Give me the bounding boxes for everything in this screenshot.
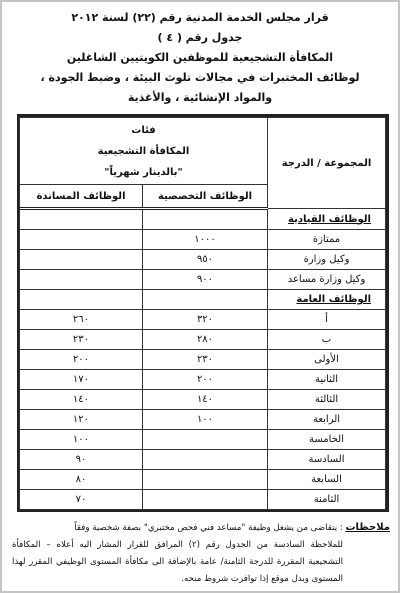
support-cell bbox=[19, 270, 142, 290]
support-cell bbox=[19, 230, 142, 250]
table-row: ممتازة ١٠٠٠ bbox=[19, 230, 385, 250]
specialized-cell: ٢٣٠ bbox=[143, 350, 268, 370]
grade-cell: الخامسة bbox=[268, 430, 386, 450]
table-row: الأولى ٢٣٠ ٢٠٠ bbox=[19, 350, 385, 370]
support-cell: ٢٣٠ bbox=[19, 330, 142, 350]
grade-cell: الرابعة bbox=[268, 410, 386, 430]
header-reward-categories: فئات المكافأة التشجيعية "بالدينار شهرياً… bbox=[19, 118, 267, 185]
section-row-general: الوظائف العامة bbox=[19, 290, 385, 310]
grade-cell: وكيل وزارة bbox=[268, 250, 386, 270]
grade-cell: الثالثة bbox=[268, 390, 386, 410]
header-specialized-jobs: الوظائف التخصصية bbox=[143, 185, 268, 209]
section-title: الوظائف العامة bbox=[268, 290, 386, 310]
grade-cell: الثامنة bbox=[268, 490, 386, 510]
support-cell: ١٤٠ bbox=[19, 390, 142, 410]
section-title: الوظائف القيادية bbox=[268, 209, 386, 230]
table-row: وكيل وزارة مساعد ٩٠٠ bbox=[19, 270, 385, 290]
table-number-title: جدول رقم ( ٤ ) bbox=[2, 28, 398, 48]
support-cell: ٧٠ bbox=[19, 490, 142, 510]
specialized-cell bbox=[143, 450, 268, 470]
support-cell: ٢٠٠ bbox=[19, 350, 142, 370]
subject-title-line1: المكافأة التشجيعية للموظفين الكويتيين ال… bbox=[2, 48, 398, 68]
table-row: الثامنة ٧٠ bbox=[19, 490, 385, 510]
specialized-cell: ١٤٠ bbox=[143, 390, 268, 410]
grade-cell: الثانية bbox=[268, 370, 386, 390]
grade-cell: السادسة bbox=[268, 450, 386, 470]
table-row: السابعة ٨٠ bbox=[19, 470, 385, 490]
table-row: الثالثة ١٤٠ ١٤٠ bbox=[19, 390, 385, 410]
header-categories-line2: المكافأة التشجيعية bbox=[20, 141, 267, 162]
specialized-cell: ٩٠٠ bbox=[143, 270, 268, 290]
grade-cell: أ bbox=[268, 310, 386, 330]
specialized-cell: ١٠٠ bbox=[143, 410, 268, 430]
header-categories-line1: فئات bbox=[20, 120, 267, 141]
header-group-grade: المجموعة / الدرجة bbox=[268, 118, 386, 209]
specialized-cell: ٣٢٠ bbox=[143, 310, 268, 330]
specialized-cell bbox=[143, 430, 268, 450]
support-cell: ١٠٠ bbox=[19, 430, 142, 450]
support-cell: ٨٠ bbox=[19, 470, 142, 490]
document-frame: قرار مجلس الخدمة المدنية رقم (٢٢) لسنة ٢… bbox=[0, 0, 400, 593]
notes-label: ملاحظات bbox=[345, 522, 390, 533]
header-support-jobs: الوظائف المساندة bbox=[19, 185, 142, 209]
support-cell bbox=[19, 250, 142, 270]
subject-title-line2: لوظائف المختبرات في مجالات تلوث البيئة ،… bbox=[2, 68, 398, 88]
notes-continuation: للملاحظة السادسة من الجدول رقم (٢) المرا… bbox=[12, 537, 390, 588]
support-cell: ١٧٠ bbox=[19, 370, 142, 390]
grade-cell: وكيل وزارة مساعد bbox=[268, 270, 386, 290]
notes-first-line: : يتقاضى من يشغل وظيفة "مساعد فني فحص مخ… bbox=[74, 523, 342, 533]
specialized-cell bbox=[143, 490, 268, 510]
notes-section: ملاحظات : يتقاضى من يشغل وظيفة "مساعد فن… bbox=[12, 519, 390, 588]
grade-cell: الأولى bbox=[268, 350, 386, 370]
decision-title: قرار مجلس الخدمة المدنية رقم (٢٢) لسنة ٢… bbox=[2, 8, 398, 28]
table-row: وكيل وزارة ٩٥٠ bbox=[19, 250, 385, 270]
support-cell: ٢٦٠ bbox=[19, 310, 142, 330]
table-row: السادسة ٩٠ bbox=[19, 450, 385, 470]
support-cell: ١٢٠ bbox=[19, 410, 142, 430]
grade-cell: السابعة bbox=[268, 470, 386, 490]
section-row-leadership: الوظائف القيادية bbox=[19, 209, 385, 230]
specialized-cell: ٢٠٠ bbox=[143, 370, 268, 390]
table-row: ب ٢٨٠ ٢٣٠ bbox=[19, 330, 385, 350]
table-row: الثانية ٢٠٠ ١٧٠ bbox=[19, 370, 385, 390]
subject-title-line3: والمواد الإنشائية ، والأغذية bbox=[2, 88, 398, 108]
table-row: الخامسة ١٠٠ bbox=[19, 430, 385, 450]
table-row: أ ٣٢٠ ٢٦٠ bbox=[19, 310, 385, 330]
document-titles: قرار مجلس الخدمة المدنية رقم (٢٢) لسنة ٢… bbox=[2, 8, 398, 108]
specialized-cell bbox=[143, 470, 268, 490]
reward-table: المجموعة / الدرجة فئات المكافأة التشجيعي… bbox=[17, 114, 389, 512]
grade-cell: ممتازة bbox=[268, 230, 386, 250]
table-row: الرابعة ١٠٠ ١٢٠ bbox=[19, 410, 385, 430]
specialized-cell: ٩٥٠ bbox=[143, 250, 268, 270]
specialized-cell: ١٠٠٠ bbox=[143, 230, 268, 250]
header-categories-line3: "بالدينار شهرياً" bbox=[20, 162, 267, 183]
grade-cell: ب bbox=[268, 330, 386, 350]
support-cell: ٩٠ bbox=[19, 450, 142, 470]
specialized-cell: ٢٨٠ bbox=[143, 330, 268, 350]
